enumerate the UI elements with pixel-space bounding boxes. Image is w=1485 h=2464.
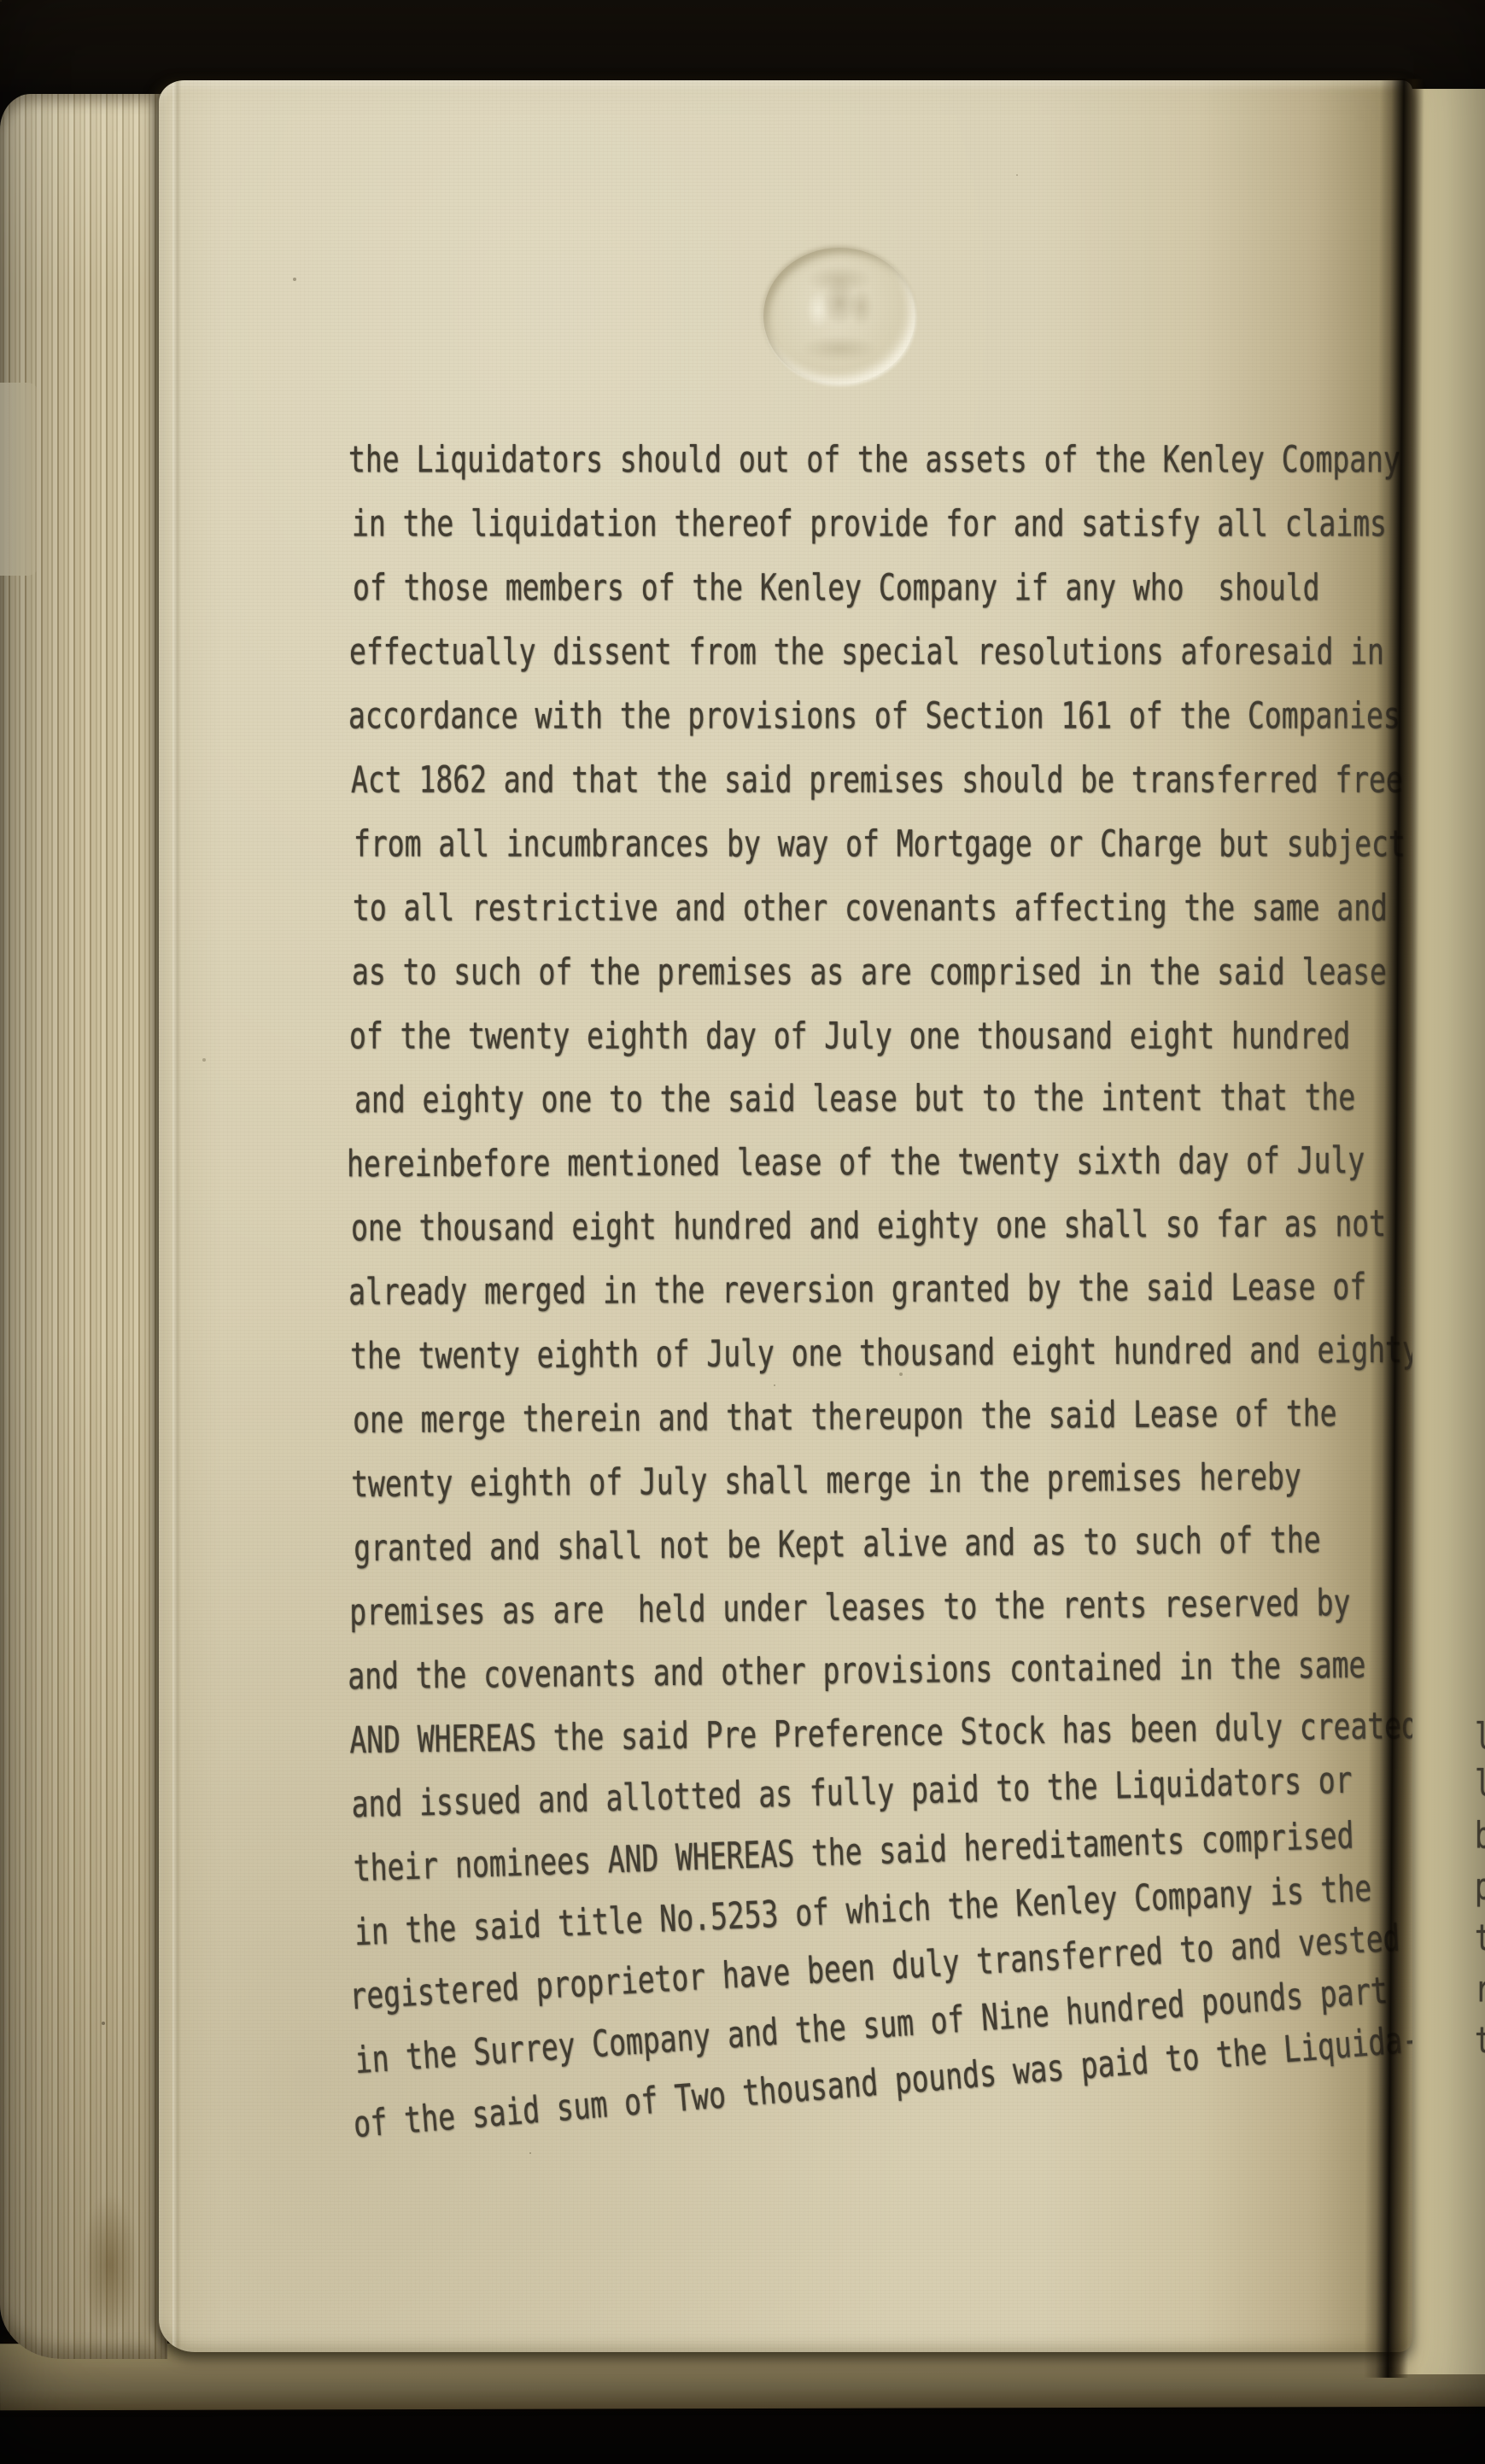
text-line: already merged in the reversion granted …: [348, 1265, 1366, 1314]
open-book-photograph: llbptrt the Liquidators should out of th…: [0, 0, 1485, 2464]
text-line: as to such of the premises as are compri…: [352, 950, 1387, 994]
text-line: to all restrictive and other covenants a…: [353, 886, 1388, 930]
next-page-letter-fragment: l: [1475, 1761, 1485, 1805]
text-line: and the covenants and other provisions c…: [348, 1642, 1366, 1699]
next-page-letter-fragment: t: [1475, 1916, 1485, 1959]
text-line: and eighty one to the said lease but to …: [354, 1075, 1355, 1122]
text-line: one thousand eight hundred and eighty on…: [351, 1202, 1386, 1250]
text-line: and issued and allotted as fully paid to…: [351, 1758, 1353, 1827]
text-line: premises as are held under leases to the…: [349, 1581, 1351, 1635]
document-page: the Liquidators should out of the assets…: [159, 80, 1412, 2352]
typewritten-text-block: the Liquidators should out of the assets…: [159, 80, 1412, 2352]
text-line: effectually dissent from the special res…: [349, 629, 1384, 674]
next-page-letter-fragment: t: [1475, 2018, 1485, 2062]
protruding-page-edge: [0, 383, 39, 576]
next-page-letter-fragment: l: [1475, 1714, 1485, 1758]
text-line: accordance with the provisions of Sectio…: [348, 694, 1400, 738]
text-line: twenty eighth of July shall merge in the…: [351, 1454, 1301, 1507]
text-line: of the twenty eighth day of July one tho…: [349, 1014, 1350, 1058]
text-line: granted and shall not be Kept alive and …: [354, 1518, 1321, 1571]
text-line: in the liquidation thereof provide for a…: [352, 501, 1387, 546]
text-line: the Liquidators should out of the assets…: [348, 437, 1400, 482]
text-line: AND WHEREAS the said Pre Preference Stoc…: [349, 1704, 1412, 1763]
text-line: hereinbefore mentioned lease of the twen…: [347, 1138, 1365, 1186]
text-line: of those members of the Kenley Company i…: [353, 565, 1319, 610]
next-page-letter-fragment: b: [1475, 1813, 1485, 1857]
next-page-letter-fragment: r: [1475, 1967, 1485, 2010]
text-line: the twenty eighth of July one thousand e…: [350, 1327, 1412, 1378]
text-line: Act 1862 and that the said premises shou…: [351, 758, 1403, 802]
text-line: from all incumbrances by way of Mortgage…: [354, 822, 1406, 866]
worn-page-edge-spot: [82, 2193, 138, 2337]
next-page-letter-fragment: p: [1475, 1864, 1485, 1908]
text-line: one merge therein and that thereupon the…: [353, 1391, 1337, 1443]
paper-specks: [0, 0, 2, 2]
